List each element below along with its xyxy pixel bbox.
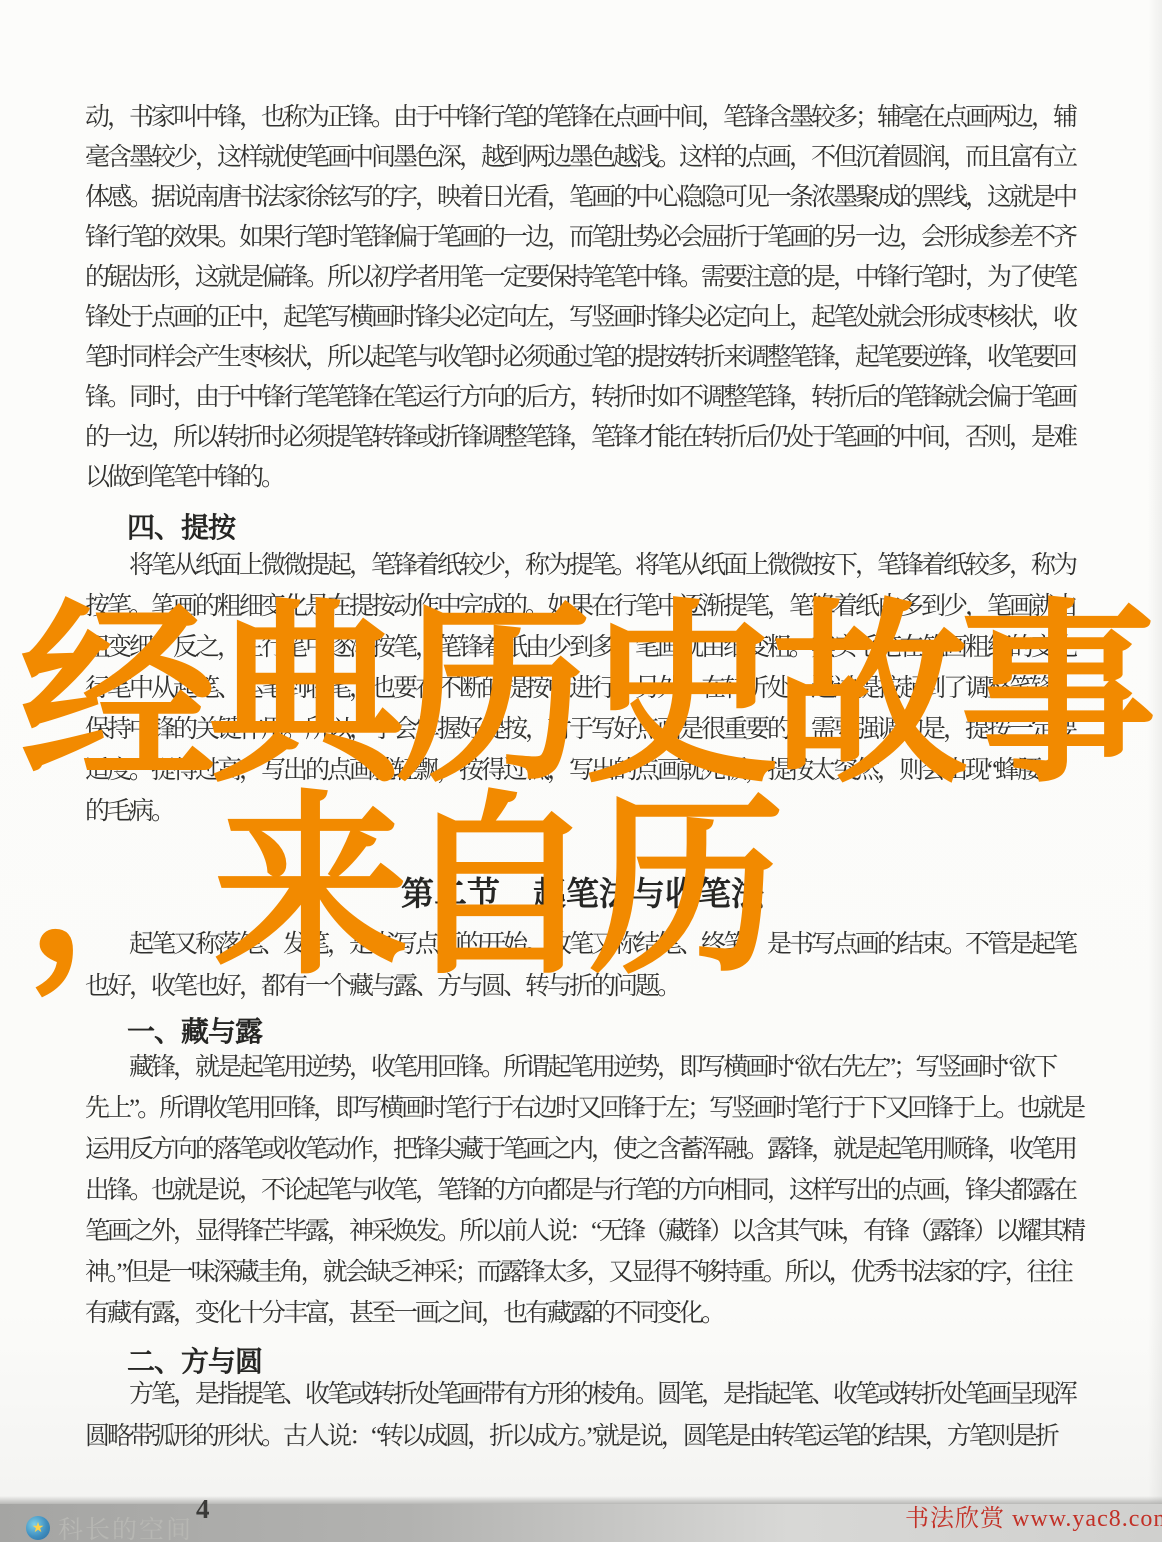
text-line: 锋处于点画的正中，起笔写横画时锋尖必定向左，写竖画时锋尖必定向上，起笔处就会形成… [85, 298, 1080, 338]
subheading-tian: 四、提按 [85, 506, 235, 546]
text-line: 体感。据说南唐书法家徐铉写的字，映着日光看，笔画的中心隐隐可见一条浓墨聚成的黑线… [85, 178, 1080, 218]
text-line: 以做到笔笔中锋的。 [85, 458, 1080, 498]
corner-watermark: ★ 科长的空间 [26, 1510, 193, 1542]
paragraph-cang: 藏锋，就是起笔用逆势，收笔用回锋。所谓起笔用逆势，即写横画时“欲右先左”；写竖画… [85, 1047, 1080, 1334]
scan-edge-shadow [1148, 0, 1162, 1542]
text-line: 的一边，所以转折时必须提笔转锋或折锋调整笔锋，笔锋才能在转折后仍处于笔画的中间，… [85, 418, 1080, 458]
page-number: 4 [196, 1494, 210, 1525]
site-credit: 书法欣赏 www.yac8.com [905, 1498, 1162, 1533]
text-line: 神。”但是一味深藏圭角，就会缺乏神采；而露锋太多，又显得不够持重。所以，优秀书法… [85, 1252, 1080, 1293]
text-line: 笔时同样会产生枣核状，所以起笔与收笔时必须通过笔的提按转折来调整笔锋，起笔要逆锋… [85, 338, 1080, 378]
text-line: 方笔，是指提笔、收笔或转折处笔画带有方形的棱角。圆笔，是指起笔、收笔或转折处笔画… [85, 1374, 1080, 1416]
text-line: 笔画之外，显得锋芒毕露，神采焕发。所以前人说：“无锋（藏锋）以含其气味，有锋（露… [85, 1211, 1080, 1252]
scanned-book-page: 动，书家叫中锋，也称为正锋。由于中锋行笔的笔锋在点画中间，笔锋含墨较多；辅毫在点… [0, 0, 1162, 1542]
corner-watermark-label: 科长的空间 [58, 1510, 193, 1542]
subheading-cang: 一、藏与露 [85, 1010, 262, 1050]
star-badge-icon: ★ [26, 1516, 50, 1540]
text-line: 运用反方向的落笔或收笔动作，把锋尖藏于笔画之内，使之含蓄浑融。露锋，就是起笔用顺… [85, 1129, 1080, 1170]
text-line: 锋行笔的效果。如果行笔时笔锋偏于笔画的一边，而笔肚势必会屈折于笔画的另一边，会形… [85, 218, 1080, 258]
text-line: 出锋。也就是说，不论起笔与收笔，笔锋的方向都是与行笔的方向相同，这样写出的点画，… [85, 1170, 1080, 1211]
text-line: 圆略带弧形的形状。古人说：“转以成圆，折以成方。”就是说，圆笔是由转笔运笔的结果… [85, 1416, 1080, 1458]
text-line: 锋。同时，由于中锋行笔笔锋在笔运行方向的后方，转折时如不调整笔锋，转折后的笔锋就… [85, 378, 1080, 418]
watermark-text-line1: 经典历史故事 [20, 598, 1148, 794]
paragraph-fang: 方笔，是指提笔、收笔或转折处笔画带有方形的棱角。圆笔，是指起笔、收笔或转折处笔画… [85, 1374, 1080, 1458]
text-line: 有藏有露，变化十分丰富，甚至一画之间，也有藏露的不同变化。 [85, 1293, 1080, 1334]
text-line: 藏锋，就是起笔用逆势，收笔用回锋。所谓起笔用逆势，即写横画时“欲右先左”；写竖画… [85, 1047, 1080, 1088]
watermark-text-line2: ，来自历 [25, 790, 777, 986]
text-line: 的锯齿形，这就是偏锋。所以初学者用笔一定要保持笔笔中锋。需要注意的是，中锋行笔时… [85, 258, 1080, 298]
text-line: 将笔从纸面上微微提起，笔锋着纸较少，称为提笔。将笔从纸面上微微按下，笔锋着纸较多… [85, 545, 1080, 586]
text-line: 毫含墨较少，这样就使笔画中间墨色深，越到两边墨色越浅。这样的点画，不但沉着圆润，… [85, 138, 1080, 178]
text-line: 动，书家叫中锋，也称为正锋。由于中锋行笔的笔锋在点画中间，笔锋含墨较多；辅毫在点… [85, 98, 1080, 138]
paragraph-zhongfeng: 动，书家叫中锋，也称为正锋。由于中锋行笔的笔锋在点画中间，笔锋含墨较多；辅毫在点… [85, 98, 1080, 498]
text-line: 先上”。所谓收笔用回锋，即写横画时笔行于右边时又回锋于左；写竖画时笔行于下又回锋… [85, 1088, 1080, 1129]
